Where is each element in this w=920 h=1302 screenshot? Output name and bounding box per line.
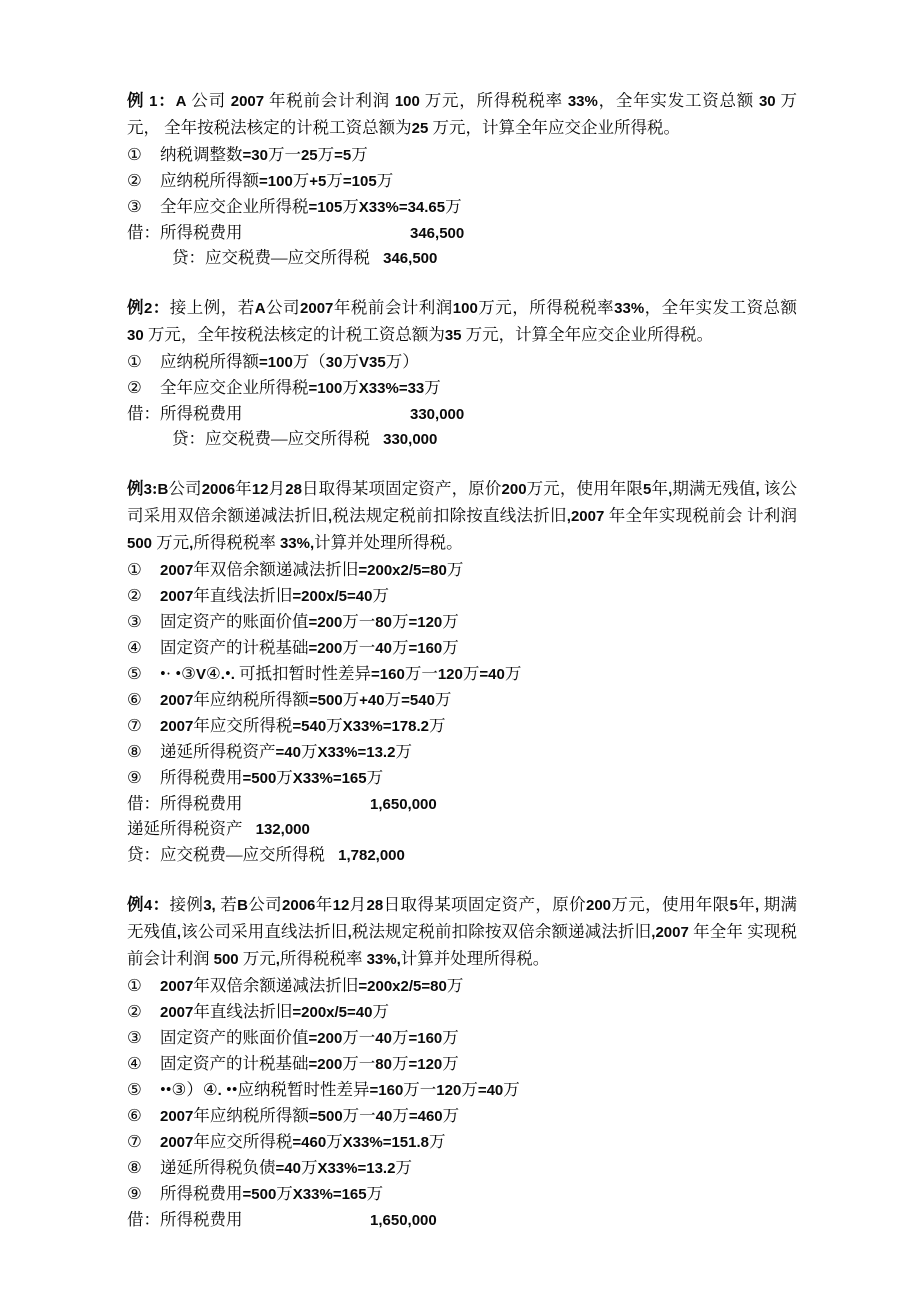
- item-text: ••③）④. ••应纳税暂时性差异=160万一120万=40万: [160, 1077, 797, 1103]
- item-marker: ⑨: [127, 765, 160, 790]
- journal-entry-debit-deferred: 递延所得税资产 132,000: [127, 816, 797, 842]
- journal-entry-debit: 借：所得税费用 1,650,000: [127, 1207, 797, 1232]
- numbered-item: ② 2007年直线法折旧=200x/5=40万: [127, 583, 797, 609]
- example-3-heading: 例3:: [127, 479, 157, 498]
- entry-amount: 1,650,000: [370, 791, 437, 817]
- numbered-item: ⑥ 2007年应纳税所得额=500万+40万=540万: [127, 687, 797, 713]
- numbered-item: ④ 固定资产的计税基础=200万一80万=120万: [127, 1051, 797, 1077]
- item-text: 2007年应交所得税=460万X33%=151.8万: [160, 1129, 797, 1155]
- example-1-intro: 例 1：A 公司 2007 年税前会计利润 100 万元，所得税税率 33%，全…: [127, 88, 797, 142]
- example-2-heading: 例2：: [127, 298, 170, 317]
- numbered-item: ⑧ 递延所得税负债=40万X33%=13.2万: [127, 1155, 797, 1181]
- entry-label: 借：所得税费用: [127, 794, 243, 813]
- item-text: 2007年直线法折旧=200x/5=40万: [160, 999, 797, 1025]
- item-text: 固定资产的账面价值=200万一40万=160万: [160, 1025, 797, 1051]
- item-marker: ①: [127, 557, 160, 582]
- numbered-item: ③ 固定资产的账面价值=200万一40万=160万: [127, 1025, 797, 1051]
- entry-label: 借：所得税费用: [127, 223, 243, 242]
- item-text: •· •③V④.•. 可抵扣暂时性差异=160万一120万=40万: [160, 661, 797, 687]
- item-text: 固定资产的账面价值=200万一80万=120万: [160, 609, 797, 635]
- numbered-item: ⑦ 2007年应交所得税=460万X33%=151.8万: [127, 1129, 797, 1155]
- entry-label: 贷：应交税费—应交所得税: [172, 429, 370, 448]
- journal-entry-credit: 贷：应交税费—应交所得税 1,782,000: [127, 842, 797, 868]
- document-page: 例 1：A 公司 2007 年税前会计利润 100 万元，所得税税率 33%，全…: [127, 88, 797, 1232]
- numbered-item: ② 应纳税所得额=100万+5万=105万: [127, 168, 797, 194]
- numbered-item: ① 纳税调整数=30万一25万=5万: [127, 142, 797, 168]
- item-text: 2007年直线法折旧=200x/5=40万: [160, 583, 797, 609]
- example-4: 例4：接例3, 若B公司2006年12月28日取得某项固定资产，原价200万元，…: [127, 892, 797, 1232]
- numbered-item: ① 2007年双倍余额递减法折旧=200x2/5=80万: [127, 973, 797, 999]
- item-text: 2007年应纳税所得额=500万一40万=460万: [160, 1103, 797, 1129]
- numbered-item: ② 2007年直线法折旧=200x/5=40万: [127, 999, 797, 1025]
- item-marker: ⑤: [127, 661, 160, 686]
- numbered-item: ④ 固定资产的计税基础=200万一40万=160万: [127, 635, 797, 661]
- entry-label: 贷：应交税费—应交所得税: [127, 845, 325, 864]
- example-4-intro-text: 接例3, 若B公司2006年12月28日取得某项固定资产，原价200万元，使用年…: [127, 895, 797, 968]
- example-3-intro-text: B公司2006年12月28日取得某项固定资产，原价200万元，使用年限5年,期满…: [127, 479, 797, 552]
- item-marker: ⑨: [127, 1181, 160, 1206]
- item-marker: ②: [127, 375, 160, 400]
- entry-amount: 330,000: [410, 401, 464, 427]
- numbered-item: ⑤ ••③）④. ••应纳税暂时性差异=160万一120万=40万: [127, 1077, 797, 1103]
- item-text: 全年应交企业所得税=100万X33%=33万: [160, 375, 797, 401]
- numbered-item: ③ 全年应交企业所得税=105万X33%=34.65万: [127, 194, 797, 220]
- item-marker: ⑧: [127, 1155, 160, 1180]
- example-2: 例2：接上例，若A公司2007年税前会计利润100万元，所得税税率33%，全年实…: [127, 295, 797, 452]
- example-2-intro-text: 接上例，若A公司2007年税前会计利润100万元，所得税税率33%，全年实发工资…: [127, 298, 797, 344]
- journal-entry-credit: 贷：应交税费—应交所得税 346,500: [127, 245, 797, 271]
- entry-label: 借：所得税费用: [127, 404, 243, 423]
- example-3: 例3:B公司2006年12月28日取得某项固定资产，原价200万元，使用年限5年…: [127, 476, 797, 868]
- journal-entry-debit: 借：所得税费用 330,000: [127, 401, 797, 426]
- example-2-intro: 例2：接上例，若A公司2007年税前会计利润100万元，所得税税率33%，全年实…: [127, 295, 797, 349]
- item-text: 2007年应纳税所得额=500万+40万=540万: [160, 687, 797, 713]
- numbered-item: ⑤ •· •③V④.•. 可抵扣暂时性差异=160万一120万=40万: [127, 661, 797, 687]
- item-text: 纳税调整数=30万一25万=5万: [160, 142, 797, 168]
- entry-label: 借：所得税费用: [127, 1210, 243, 1229]
- numbered-item: ① 2007年双倍余额递减法折旧=200x2/5=80万: [127, 557, 797, 583]
- item-marker: ⑤: [127, 1077, 160, 1102]
- numbered-item: ③ 固定资产的账面价值=200万一80万=120万: [127, 609, 797, 635]
- numbered-item: ① 应纳税所得额=100万（30万V35万）: [127, 349, 797, 375]
- item-text: 递延所得税负债=40万X33%=13.2万: [160, 1155, 797, 1181]
- journal-entry-debit: 借：所得税费用 1,650,000: [127, 791, 797, 816]
- item-marker: ③: [127, 609, 160, 634]
- item-marker: ①: [127, 349, 160, 374]
- item-text: 所得税费用=500万X33%=165万: [160, 1181, 797, 1207]
- item-marker: ⑦: [127, 713, 160, 738]
- item-text: 2007年双倍余额递减法折旧=200x2/5=80万: [160, 557, 797, 583]
- item-text: 固定资产的计税基础=200万一40万=160万: [160, 635, 797, 661]
- numbered-item: ⑨ 所得税费用=500万X33%=165万: [127, 765, 797, 791]
- numbered-item: ② 全年应交企业所得税=100万X33%=33万: [127, 375, 797, 401]
- example-4-heading: 例4：: [127, 895, 169, 914]
- entry-label: 递延所得税资产: [127, 819, 243, 838]
- example-4-intro: 例4：接例3, 若B公司2006年12月28日取得某项固定资产，原价200万元，…: [127, 892, 797, 973]
- entry-amount: 346,500: [383, 248, 437, 267]
- item-marker: ②: [127, 168, 160, 193]
- item-marker: ⑥: [127, 1103, 160, 1128]
- item-marker: ④: [127, 1051, 160, 1076]
- entry-amount: 132,000: [256, 819, 310, 838]
- entry-label: 贷：应交税费—应交所得税: [172, 248, 370, 267]
- item-marker: ⑦: [127, 1129, 160, 1154]
- numbered-item: ⑦ 2007年应交所得税=540万X33%=178.2万: [127, 713, 797, 739]
- item-text: 固定资产的计税基础=200万一80万=120万: [160, 1051, 797, 1077]
- item-text: 递延所得税资产=40万X33%=13.2万: [160, 739, 797, 765]
- numbered-item: ⑧ 递延所得税资产=40万X33%=13.2万: [127, 739, 797, 765]
- numbered-item: ⑨ 所得税费用=500万X33%=165万: [127, 1181, 797, 1207]
- item-marker: ③: [127, 194, 160, 219]
- example-3-intro: 例3:B公司2006年12月28日取得某项固定资产，原价200万元，使用年限5年…: [127, 476, 797, 557]
- journal-entry-debit: 借：所得税费用 346,500: [127, 220, 797, 245]
- journal-entry-credit: 贷：应交税费—应交所得税 330,000: [127, 426, 797, 452]
- item-text: 全年应交企业所得税=105万X33%=34.65万: [160, 194, 797, 220]
- item-marker: ③: [127, 1025, 160, 1050]
- item-text: 应纳税所得额=100万+5万=105万: [160, 168, 797, 194]
- item-text: 应纳税所得额=100万（30万V35万）: [160, 349, 797, 375]
- entry-amount: 1,650,000: [370, 1207, 437, 1233]
- item-marker: ②: [127, 583, 160, 608]
- example-1-heading: 例 1：: [127, 91, 176, 110]
- example-1-intro-text: A 公司 2007 年税前会计利润 100 万元，所得税税率 33%，全年实发工…: [127, 91, 797, 137]
- item-marker: ①: [127, 142, 160, 167]
- item-marker: ⑥: [127, 687, 160, 712]
- item-text: 2007年应交所得税=540万X33%=178.2万: [160, 713, 797, 739]
- entry-amount: 346,500: [410, 220, 464, 246]
- entry-amount: 1,782,000: [338, 845, 405, 864]
- item-marker: ①: [127, 973, 160, 998]
- item-text: 所得税费用=500万X33%=165万: [160, 765, 797, 791]
- numbered-item: ⑥ 2007年应纳税所得额=500万一40万=460万: [127, 1103, 797, 1129]
- item-marker: ④: [127, 635, 160, 660]
- item-text: 2007年双倍余额递减法折旧=200x2/5=80万: [160, 973, 797, 999]
- item-marker: ②: [127, 999, 160, 1024]
- example-1: 例 1：A 公司 2007 年税前会计利润 100 万元，所得税税率 33%，全…: [127, 88, 797, 271]
- entry-amount: 330,000: [383, 429, 437, 448]
- item-marker: ⑧: [127, 739, 160, 764]
